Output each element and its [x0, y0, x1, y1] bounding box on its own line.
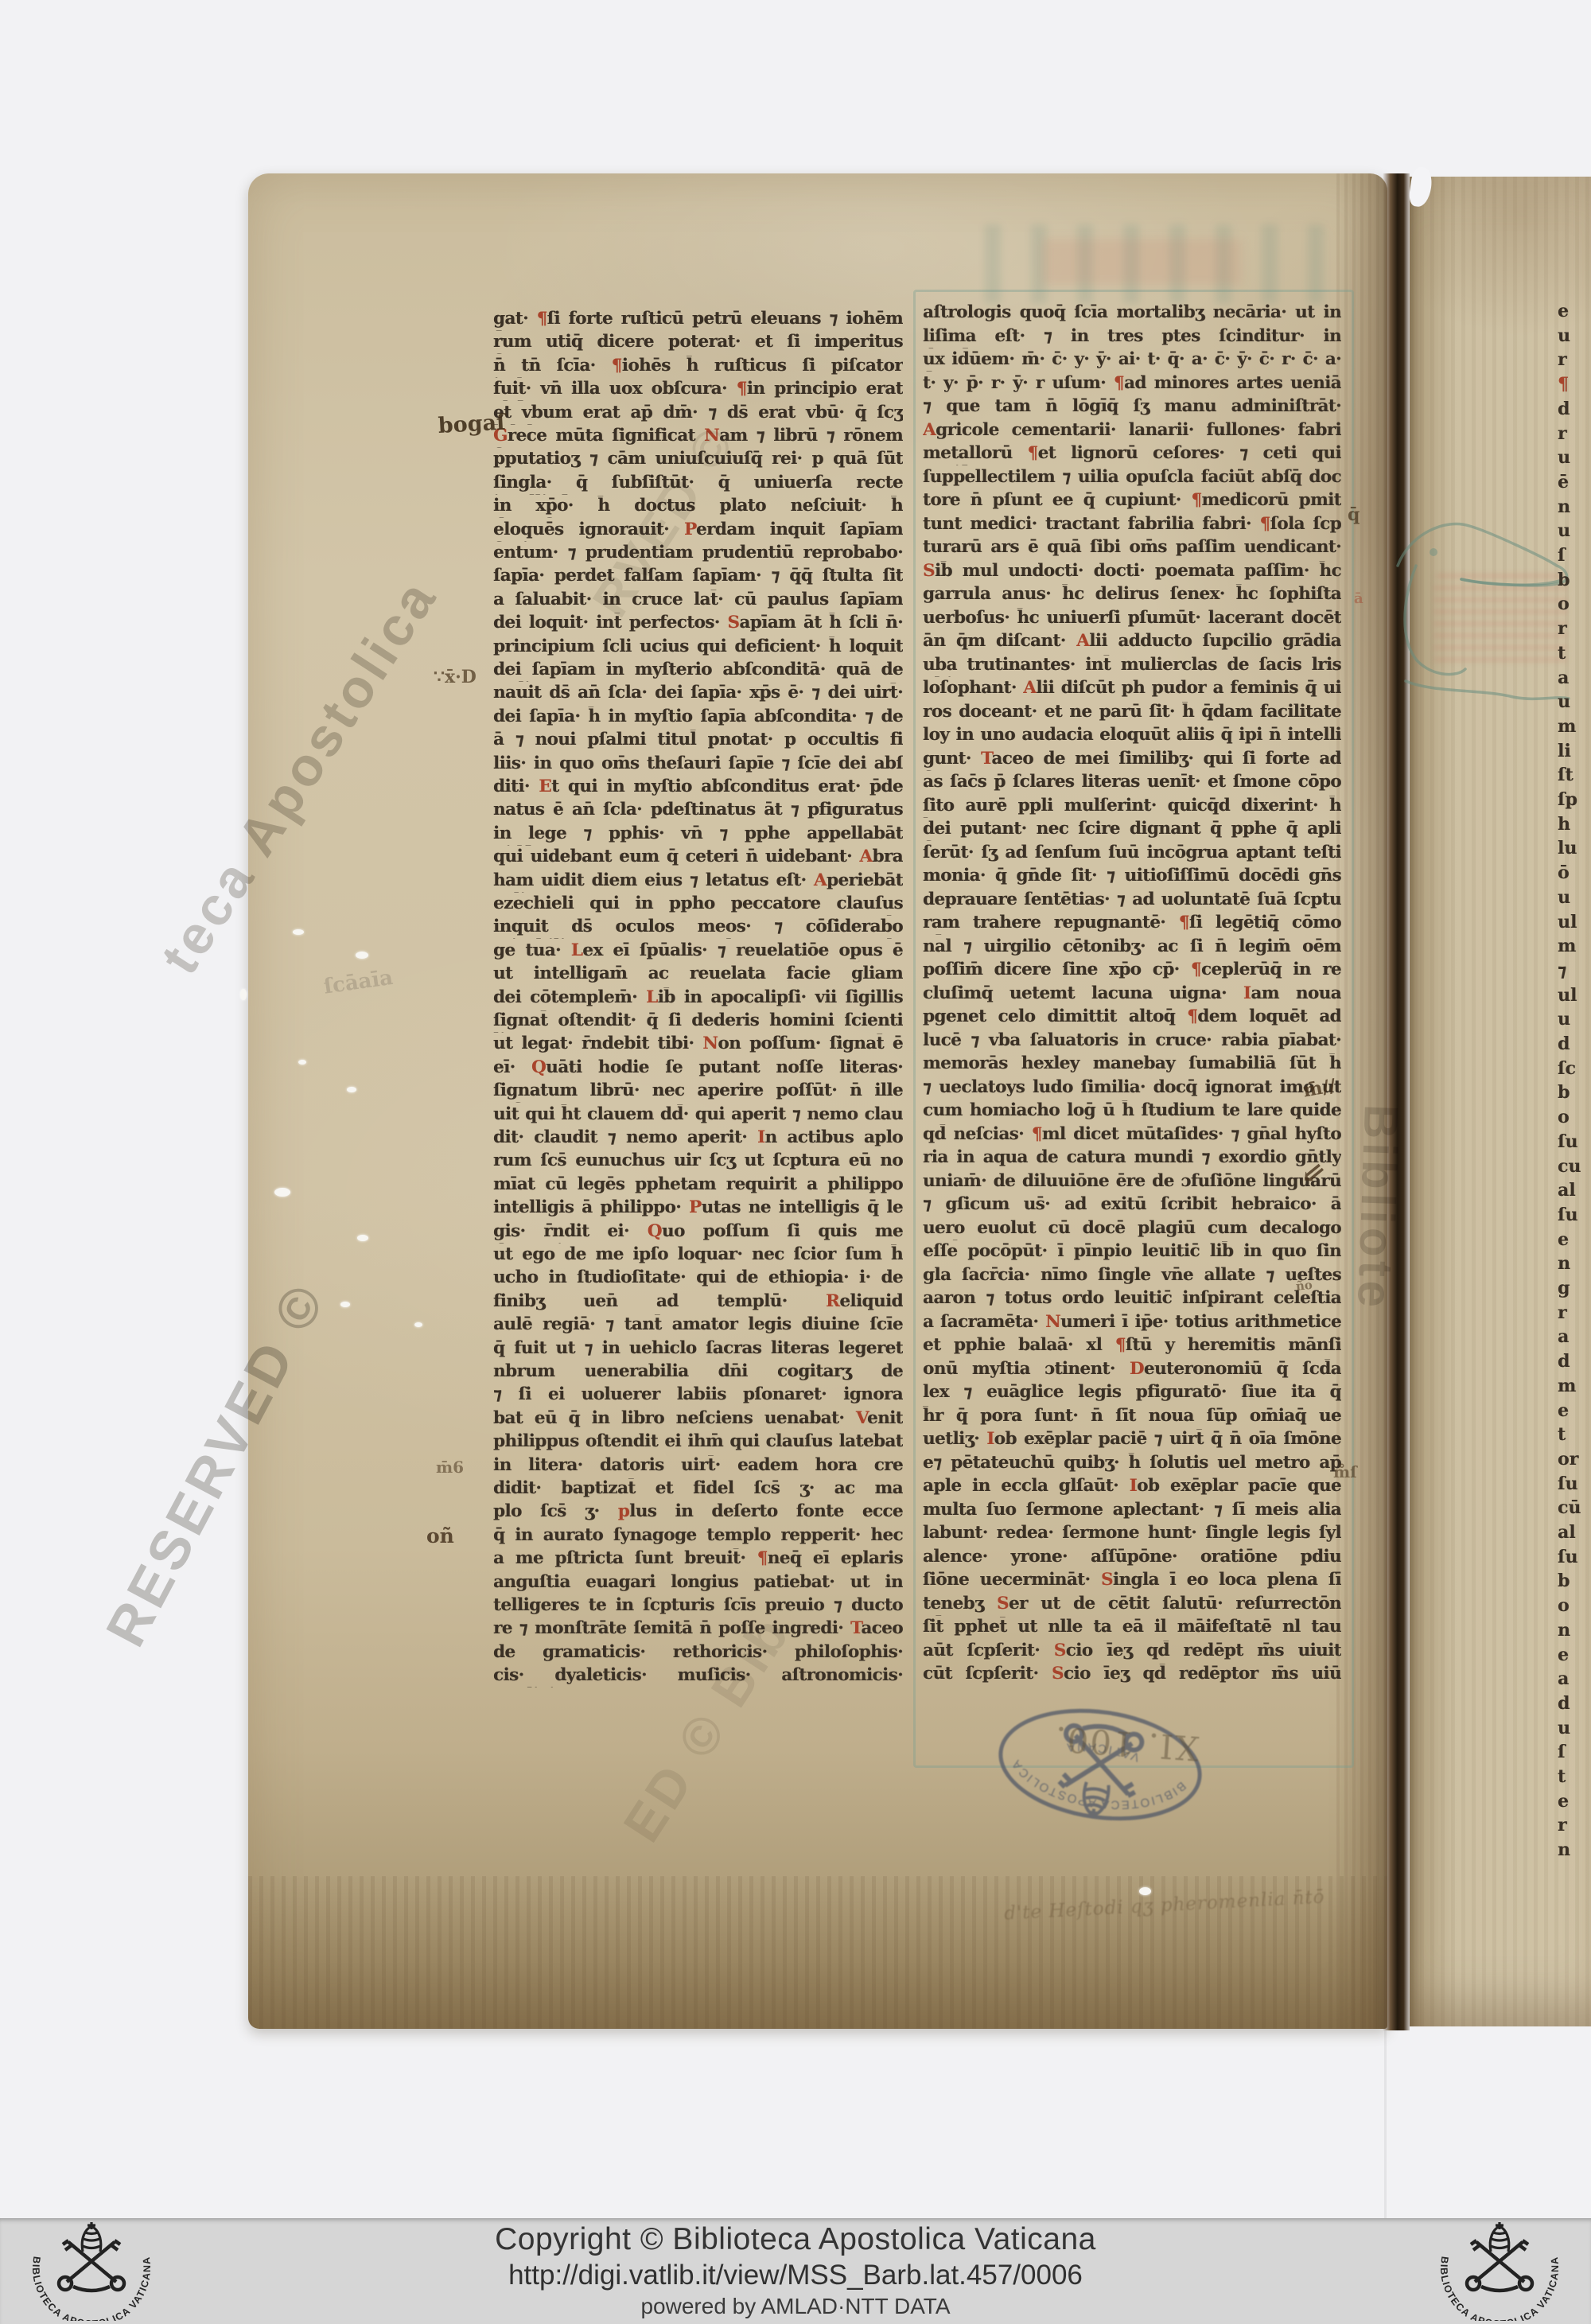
recto-edge-letter: e [1558, 1791, 1591, 1813]
marginal-annotation: ño [1295, 1278, 1313, 1294]
manuscript-line: ſit pphet̄ ut nlle ta eā il māifeſtatē n… [923, 1617, 1341, 1639]
papal-tiara-icon [1490, 2222, 1509, 2252]
source-url: http://digi.vatlib.it/view/MSS_Barb.lat.… [0, 2258, 1591, 2292]
manuscript-line: garrula anus· h̄c delirus ſenex· h̄c ſop… [923, 584, 1341, 606]
recto-edge-letter: cu [1558, 1156, 1591, 1178]
recto-edge-letter: ¶ [1558, 374, 1591, 396]
recto-edge-letter: ſ [1558, 545, 1591, 567]
papal-tiara-icon [82, 2222, 101, 2252]
recto-edge-letter: u [1558, 520, 1591, 543]
manuscript-line: aaron ⁊ totus ordo leuitic̄ inſpirant ce… [923, 1288, 1341, 1310]
manuscript-line: lucē ⁊ vba ſaluatoris in cruce· rabia pī… [923, 1030, 1341, 1053]
manuscript-line: plo ſcs̄ ʒ· plus in deſerto fonte ecce [493, 1501, 903, 1524]
manuscript-line: ſito aurē ppli mulſerint· quicq̄d dixeri… [923, 796, 1341, 818]
manuscript-line: ut ego de me ipſo loquar· nec ſcior ſum … [493, 1244, 903, 1267]
recto-edge-letter: ē [1558, 472, 1591, 494]
manuscript-line: mīat cū legēs pphetam requirit a philipp… [493, 1174, 903, 1197]
manuscript-line: eloquēs ignorauit· Perdam inquit ſapīam … [493, 520, 903, 542]
recto-edge-letter: o [1558, 594, 1591, 616]
manuscript-line: dei loquit· int̄ perfectos· Sapīam āt h̄… [493, 613, 903, 635]
damage-spot [414, 1322, 422, 1327]
manuscript-line: metallorū ¶et lignorū ceſores· ⁊ ceti qu… [923, 443, 1341, 465]
recto-edge-letter: u [1558, 325, 1591, 348]
recto-edge-letter: g [1558, 1278, 1591, 1300]
manuscript-line: ros doceant· et ne parū ſit· h̄ q̄dam fa… [923, 702, 1341, 724]
manuscript-line: ezechieli qui in ppho peccatore clauſus … [493, 893, 903, 916]
manuscript-line: qui uidebant eum q̄ ceteri n̄ uidebant· … [493, 847, 903, 869]
manuscript-line: nal ⁊ uirgilio cētonibʒ· ac ſi n̄ legim̄… [923, 936, 1341, 959]
vatican-library-logo-right: BIBLIOTECA APOSTOLICA VATICANA [1424, 2213, 1575, 2321]
manuscript-line: tenebʒ Ser ut de cētit ſalutū· reſurrect… [923, 1594, 1341, 1616]
marginal-annotation: oñ [426, 1524, 454, 1547]
manuscript-line: uba trutinantes· int̄ mulierclas de ſaci… [923, 655, 1341, 677]
manuscript-line: ān q̄m diſcant· Alii adducto ſupcilio gr… [923, 631, 1341, 653]
manuscript-line: gat· ¶ſi forte ruſticū petrū eleuans ⁊ i… [493, 309, 903, 331]
manuscript-line: ⁊ ueclatoys ludo ſimilia· docq̄ ignorat … [923, 1077, 1341, 1100]
screenshot-root: gat· ¶ſi forte ruſticū petrū eleuans ⁊ i… [0, 0, 1591, 2324]
recto-edge-letter: ⁊ [1558, 960, 1591, 983]
manuscript-line: eſſe pocōpūt· ī pīnpio leuitic̄ lib̄ in … [923, 1241, 1341, 1263]
recto-edge-letter: al [1558, 1180, 1591, 1202]
manuscript-line: uetliʒ· Iob exēplar paciē ⁊ uirt̄ q̄ n̄ … [923, 1429, 1341, 1451]
manuscript-line: loſophant· Alii diſcūt ph pudor a femini… [923, 678, 1341, 700]
manuscript-line: pgenet celo dimittit altoq̄ ¶dem loquēt … [923, 1006, 1341, 1029]
manuscript-line: et pphie balaā· xl ¶ſtū y heremitis mānſ… [923, 1335, 1341, 1357]
manuscript-line: in litera· datoris uirt̄· eadem hora cre [493, 1455, 903, 1477]
recto-edge-letter: li [1558, 741, 1591, 763]
manuscript-line: liſima eſt· ⁊ in tres ptes ſcinditur· in… [923, 326, 1341, 348]
recto-edge-letter: b [1558, 1082, 1591, 1104]
recto-edge-letter: ul [1558, 912, 1591, 934]
recto-edge-letter: n [1558, 1253, 1591, 1275]
marginal-annotation: ā [1354, 590, 1363, 607]
recto-edge-letter: ſu [1558, 1131, 1591, 1154]
manuscript-line: aſtrologis quoq̄ ſcīa mortalibʒ necāria·… [923, 302, 1341, 325]
manuscript-line: ſignatum librū· nec aperire poſſūt· n̄ i… [493, 1080, 903, 1103]
damage-spot [347, 1087, 356, 1092]
damage-spot [274, 1188, 290, 1197]
recto-edge-letter: r [1558, 618, 1591, 640]
manuscript-line: ſerūt· ſʒ ad ſenſum ſuū incōgrua aptant … [923, 843, 1341, 865]
svg-text:BIBLIOTECA APOSTOLICA VATICANA: BIBLIOTECA APOSTOLICA VATICANA [1438, 2256, 1561, 2321]
manuscript-line: nauit ds̄ an̄ ſcla· dei ſapīa· xp̄s ē· ⁊… [493, 683, 903, 705]
manuscript-line: lex ⁊ euāglice legis pfiguratō· ſiue ita… [923, 1382, 1341, 1404]
manuscript-line: dit· claudit ⁊ nemo aperit· In actibus a… [493, 1127, 903, 1150]
manuscript-line: labunt· redea· ſermone hunt· ſingle legi… [923, 1523, 1341, 1545]
marginal-annotation: m̊ſ [1333, 1462, 1357, 1481]
manuscript-line: Grece mūta ſignificat Nam ⁊ librū ⁊ rōne… [493, 426, 903, 448]
manuscript-line: a me pſtricta ſunt breuit̄· ¶neq̄ eī epl… [493, 1548, 903, 1571]
footer-text-block: Copyright © Biblioteca Apostolica Vatica… [0, 2221, 1591, 2321]
recto-edge-letter: d [1558, 1351, 1591, 1373]
manuscript-line: loy in uno audacia eloquūt aliis q̄ ipi … [923, 725, 1341, 747]
recto-edge-letter: t [1558, 1424, 1591, 1446]
manuscript-line: tore n̄ pſunt ee q̄ cupiunt· ¶medicorū p… [923, 490, 1341, 512]
manuscript-line: diti· Et qui in myſtio abſconditus erat·… [493, 777, 903, 799]
manuscript-line: finibʒ uen̄ ad templū· Reliquid [493, 1291, 903, 1314]
manuscript-line: gla ſacr̄cia· nīmo ſingle vn̄e allate ⁊ … [923, 1265, 1341, 1287]
manuscript-line: dei ſapīam in myſterio abſconditā· quā d… [493, 660, 903, 682]
recto-edge-letter: m [1558, 716, 1591, 738]
recto-edge-letter: ō [1558, 862, 1591, 885]
manuscript-line: uniam̄· de diluuiōne ēre de ɔfuſiōne lin… [923, 1171, 1341, 1193]
manuscript-line: t· y· p̄· r· ȳ· r uſum· ¶ad minores arte… [923, 373, 1341, 395]
manuscript-line: h̄r q̄ pora ſunt· n̄ ſīt noua ſūp om̄iaq… [923, 1406, 1341, 1428]
recto-edge-letter: d [1558, 399, 1591, 421]
manuscript-line: de gramaticis· rethoricis· philoſophis· … [493, 1642, 903, 1664]
binding-gutter [1383, 173, 1410, 2030]
manuscript-line: in lege ⁊ pphis· vn̄ ⁊ pphe appellabāt u… [493, 823, 903, 846]
recto-edge-letter: r [1558, 423, 1591, 446]
recto-edge-letter: e [1558, 1229, 1591, 1252]
marginal-annotation: m̄6 [436, 1458, 464, 1477]
manuscript-line: aple in eccla glſaūt· Iob exēplar pacīe … [923, 1476, 1341, 1498]
marginal-annotation: ∵x̄·D [434, 667, 477, 687]
manuscript-line: ⁊ ſi ei uoluerer labiis pſonaret· ignora [493, 1384, 903, 1407]
manuscript-line: telligeres te in ſcpturis ſcīs preuio ⁊ … [493, 1595, 903, 1617]
manuscript-line: liis· in quo om̄s theſauri ſapīe ⁊ ſcīe … [493, 753, 903, 776]
manuscript-line: ā ⁊ noui pſalmi titul̄ pnotat· p occulti… [493, 730, 903, 752]
manuscript-line: intelligis ā philippo· Putas ne intellig… [493, 1197, 903, 1220]
recto-edge-letter: e [1558, 1400, 1591, 1423]
manuscript-line: gis· r̄ndit ei· Quo poſſum ſi quis me do… [493, 1221, 903, 1244]
recto-edge-letter: o [1558, 1595, 1591, 1617]
manuscript-line: uit qui h̄t clauem dd̄· qui aperit ⁊ nem… [493, 1104, 903, 1127]
recto-edge-letter: h [1558, 814, 1591, 836]
manuscript-line: ucho in ſtudioſitate· qui de ethiopia· i… [493, 1267, 903, 1290]
manuscript-line: tunt medici· tractant fabrilia fabri· ¶ſ… [923, 514, 1341, 536]
manuscript-line: natus ē an̄ ſcla· pdeſtinatus āt ⁊ pfigu… [493, 800, 903, 822]
manuscript-line: e⁊ pētateuchū quibʒ· h̄ ſolutis uel metr… [923, 1453, 1341, 1475]
manuscript-line: cum homiacho loḡ ū h̄ ſtudium te lare qu… [923, 1100, 1341, 1123]
manuscript-line: deprauare ſentētias· ⁊ ad uoluntatē ſuā … [923, 890, 1341, 912]
manuscript-line: n̄ tn̄ ſcīa· ¶iohēs h̄ ruſticus ſi piſca… [493, 356, 903, 378]
marginal-annotation: q̄ [1348, 504, 1360, 525]
manuscript-line: et vbum erat ap̄ dm̄· ⁊ ds̄ erat vbū· q̄… [493, 403, 903, 425]
damage-spot [293, 929, 304, 935]
manuscript-line: dei ſapīa· h̄ in myſtio ſapīa abſcondita… [493, 707, 903, 729]
marginal-annotation: ⇙ [1300, 1155, 1327, 1191]
recto-edge-letter: e [1558, 301, 1591, 323]
manuscript-line: dei putant· nec ſcire dignant q̄ pphe q̄… [923, 819, 1341, 841]
manuscript-line: ut intelligam̄ ac reuelata facie gliam [493, 963, 903, 986]
powered-by-line: powered by AMLAD·NTT DATA [0, 2292, 1591, 2321]
recto-edge-letter: r [1558, 349, 1591, 372]
damage-spot [357, 1235, 368, 1241]
manuscript-line: q̄ in aurato ſynagoge templo repperit· h… [493, 1525, 903, 1547]
damage-spot [1139, 1887, 1151, 1895]
manuscript-line: onū myſtia ɔtinent· Deuteronomiū q̄ ſcd̄… [923, 1359, 1341, 1381]
recto-edge-letter: ſt [1558, 765, 1591, 787]
recto-edge-letter: d [1558, 1693, 1591, 1715]
recto-edge-letter: a [1558, 1326, 1591, 1349]
manuscript-line: ux idūem· m̄· c̄· y· ȳ· ai· t· q̄· a· c̄… [923, 349, 1341, 372]
recto-edge-letter: a [1558, 668, 1591, 690]
recto-edge-letter: u [1558, 447, 1591, 469]
scan-photo: gat· ¶ſi forte ruſticū petrū eleuans ⁊ i… [0, 0, 1591, 2218]
recto-edge-letter: n [1558, 1620, 1591, 1642]
recto-edge-letter: a [1558, 1668, 1591, 1691]
copyright-footer-bar: Copyright © Biblioteca Apostolica Vatica… [0, 2218, 1591, 2324]
manuscript-line: Agricole cementarii· lanarii· fullones· … [923, 420, 1341, 442]
manuscript-line: dei cōtemplem̄· Lib̄ in apocalipſi· vii … [493, 987, 903, 1010]
manuscript-line: Sib̄ mul undocti· docti· poemata paſſim·… [923, 561, 1341, 583]
manuscript-line: qd̄ neſcias· ¶ml dicet mūtaſides· ⁊ gn̄a… [923, 1124, 1341, 1146]
manuscript-line: entum· ⁊ prudentiam prudentiū reprobabo·… [493, 543, 903, 565]
manuscript-line: ſapīa· perdet falſam ſapīam· ⁊ q̄q̄ ſtul… [493, 566, 903, 588]
manuscript-line: multa ſuo ſermone aplectant· ⁊ ſī meis a… [923, 1500, 1341, 1522]
recto-edge-letter: m [1558, 936, 1591, 958]
recto-edge-letter: o [1558, 1107, 1591, 1129]
damage-spot [340, 1302, 350, 1307]
recto-edge-letter: lu [1558, 838, 1591, 860]
manuscript-line: rum utiq̄ dicere poterat· et ſi imperitu… [493, 332, 903, 354]
copyright-line: Copyright © Biblioteca Apostolica Vatica… [0, 2221, 1591, 2258]
manuscript-line: re ⁊ monſtrāte ſemitā n̄ poſſe ingredi· … [493, 1618, 903, 1641]
damage-spot [240, 989, 247, 1000]
manuscript-line: as ſac̄s p̄ ſclares literas uenīt· et ſm… [923, 772, 1341, 794]
manuscript-line: cluſimq̄ uetemt lacuna uigna· Iam noua [923, 983, 1341, 1006]
manuscript-line: inquit ds̄ oculos meos· ⁊ cōſiderabo mir… [493, 917, 903, 939]
manuscript-line: monia· q̄ gn̄de ſit· ⁊ uitioſiſſimū docē… [923, 866, 1341, 888]
manuscript-line: principium ſcli ucius qui deficient· h̄ … [493, 636, 903, 659]
manuscript-line: didit· baptizat̄ et fidel ſcs̄ ʒ· ac ma [493, 1478, 903, 1501]
manuscript-line: eī· Quāti hodie ſe putant noſſe literas·… [493, 1057, 903, 1080]
recto-edge-letter: ſp [1558, 789, 1591, 812]
manuscript-line: turarū ars ē quā ſibi om̄s paſſim uendic… [923, 537, 1341, 559]
recto-edge-letter: m [1558, 1376, 1591, 1398]
manuscript-line: anguſtia euagari longius patiebat· ut in [493, 1572, 903, 1594]
manuscript-line: uero euolut cū docē plagiū cum decalogo … [923, 1218, 1341, 1240]
recto-edge-letter: d [1558, 1034, 1591, 1056]
backdrop-seam [1384, 2030, 1387, 2218]
manuscript-line: poſſim̄ dicere ſine xp̄o cp̄· ¶ceplerūq̄… [923, 960, 1341, 982]
manuscript-line: fuit· vn̄ illa uox obſcura· ¶in principi… [493, 379, 903, 401]
recto-edge-letter: al [1558, 1522, 1591, 1544]
vatican-library-logo-left: BIBLIOTECA APOSTOLICA VATICANA [16, 2213, 167, 2321]
recto-edge-letter: r [1558, 1815, 1591, 1837]
recto-edge-letter: n [1558, 496, 1591, 519]
recto-edge-letter: cū [1558, 1497, 1591, 1520]
recto-edge-letter: r [1558, 1302, 1591, 1325]
manuscript-line: cis· dyaleticis· muſicis· aſtronomicis· … [493, 1665, 903, 1688]
manuscript-line: a ſaluabit· in cruce lat̄· cū paulus ſap… [493, 590, 903, 612]
manuscript-line: ⁊ que tam n̄ lōgīq̄ ſʒ manu adminiſtrāt· [923, 396, 1341, 418]
recto-edge-letter: u [1558, 691, 1591, 714]
manuscript-line: ut legat· r̄ndebit tibi· Non poſſum· ſig… [493, 1034, 903, 1056]
recto-edge-letter: or [1558, 1449, 1591, 1471]
recto-edge-letter: b [1558, 1571, 1591, 1593]
damage-spot [298, 1060, 306, 1065]
recto-edge-letter: ſu [1558, 1205, 1591, 1227]
manuscript-line: nbrum uenerabilia dn̄i cogitarʒ de [493, 1361, 903, 1384]
manuscript-line: uerboſus· h̄c uniuerſi pſumūt· lacerant … [923, 608, 1341, 630]
manuscript-line: in xp̄o· h̄ doctus plato neſciuit· h̄ de… [493, 496, 903, 518]
recto-edge-letter: ſ [1558, 1742, 1591, 1764]
manuscript-line: gunt· Taceo de mei ſimilibʒ· qui ſi fort… [923, 749, 1341, 771]
recto-edge-letter: u [1558, 1718, 1591, 1740]
manuscript-line: ⁊ gſicum us̄· ad exitū ſcribit hebraico·… [923, 1194, 1341, 1216]
manuscript-line: bat eū q̄ in libro neſciens uenabat· Ven… [493, 1408, 903, 1431]
manuscript-line: q̄ fuit ut ⁊ in uehiclo ſacras literas l… [493, 1338, 903, 1361]
manuscript-line: ram trahere repugnantē· ¶ſi legētiq̄ cōm… [923, 913, 1341, 935]
manuscript-line: alence· yrone· aſſūpōne· oratiōne pdiu [923, 1547, 1341, 1569]
recto-edge-letter: t [1558, 1766, 1591, 1789]
manuscript-line: memorās hexley manebay ſumabiliā ſūt h̄ [923, 1053, 1341, 1076]
manuscript-line: philippus oſtendit ei ihm̄ qui clauſus l… [493, 1431, 903, 1454]
manuscript-line: ge tua· Lex eī ſpūalis· ⁊ reuelatiōe opu… [493, 940, 903, 963]
recto-edge-letter: b [1558, 570, 1591, 592]
manuscript-line: ſingla· q̄ ſubſiſtūt· q̄ uniuerſa recte … [493, 473, 903, 495]
manuscript-line: ſiōne uecermināt· Singla ī eo loca plena… [923, 1570, 1341, 1592]
damage-spot [356, 952, 368, 959]
manuscript-line: ham uidit diem eius ⁊ letatus eſt· Aperi… [493, 870, 903, 893]
recto-edge-letter: t [1558, 643, 1591, 665]
manuscript-line: a ſacramēta· Numeri ī ip̄e· totius arith… [923, 1312, 1341, 1334]
manuscript-line: aulē regiā· ⁊ tant̄ amator legis diuine … [493, 1314, 903, 1337]
manuscript-line: ſuppellectilem ⁊ uilia opuſcla faciūt ab… [923, 467, 1341, 489]
recto-edge-letter: ul [1558, 985, 1591, 1007]
manuscript-line: pputatioʒ ⁊ cām uniuſcuiuſq̄ rei· p quā … [493, 449, 903, 471]
recto-edge-letter: n [1558, 1839, 1591, 1862]
manuscript-line: ſignat̄ oſtendit· q̄ ſi dederis homini ſ… [493, 1010, 903, 1033]
manuscript-line: aūt ſcpſerit· Scio īeʒ qd̄ redēpt m̄s ui… [923, 1641, 1341, 1663]
ink-showthrough-pink [1042, 239, 1241, 285]
recto-edge-letter: u [1558, 887, 1591, 909]
manuscript-line: rum ſcs̄ eunuchus uir ſcʒ ut ſcptura eū … [493, 1150, 903, 1173]
marginal-annotation: bogaſ [438, 411, 506, 438]
recto-edge-letter: u [1558, 1009, 1591, 1031]
recto-edge-letter: ſu [1558, 1473, 1591, 1496]
svg-text:BIBLIOTECA APOSTOLICA VATICANA: BIBLIOTECA APOSTOLICA VATICANA [30, 2256, 153, 2321]
manuscript-line: cūt ſcpſerit· Scio īeʒ qd̄ redēptor m̄s … [923, 1664, 1341, 1686]
recto-edge-letter: e [1558, 1645, 1591, 1667]
recto-edge-letter: ſc [1558, 1058, 1591, 1080]
recto-edge-letter: ſu [1558, 1547, 1591, 1569]
manuscript-line: ria in aqua de catura mundi ⁊ exordio gn… [923, 1147, 1341, 1170]
